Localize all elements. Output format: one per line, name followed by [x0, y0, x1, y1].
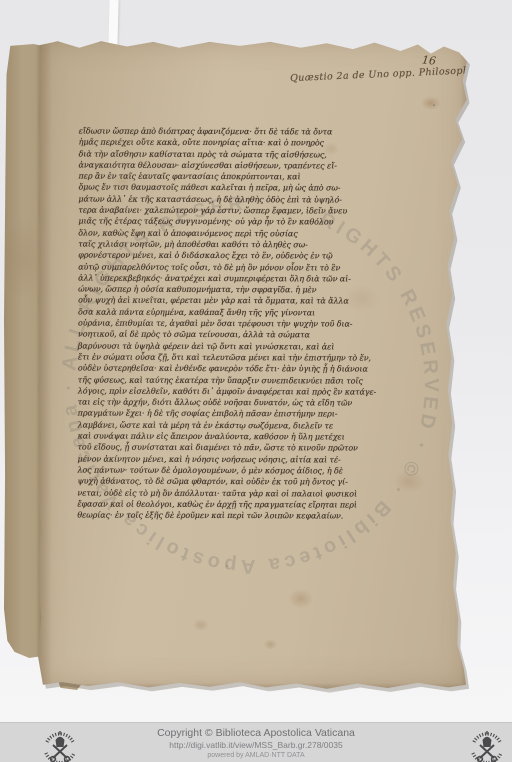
text-line: αὐτῷ συμπαρελθόντος τοῖς οὖσι, τὸ δὲ μὴ … — [78, 261, 352, 273]
text-line: λος πάντων· τούτων δὲ ὁμολογουμένων, ὁ μ… — [77, 464, 351, 476]
text-line: βαρύνουσι τὰ ὑψηλὰ φέρειν ἀεὶ τῷ ὄντι κα… — [78, 340, 352, 352]
text-line: ἔτι ἐν σώματι οὖσα ζῇ, ὅτι καὶ τελευτῶσα… — [78, 351, 352, 363]
text-line: ἡμᾶς περιέχει οὔτε κακὰ, οὔτε πονηρίας α… — [79, 137, 353, 149]
text-line: τερα ἀναβαίνει· χαλεπώτερον γάρ ἐστιν, ὥ… — [78, 205, 352, 217]
vatican-emblem-icon — [38, 727, 82, 762]
text-line: ἀναγκαιότητα θέλουσαν· αἰσχύνεσθαι αἰσθή… — [79, 159, 353, 171]
text-line: νοητικοῦ, αἱ δὲ πρὸς τὸ σῶμα τείνουσαι, … — [78, 329, 352, 341]
manuscript-page: RIGHTS RESERVED · © · Biblioteca Apostol… — [36, 38, 470, 690]
header-annotation: Quæstio 2a de Uno opp. Philosophorum — [290, 65, 480, 84]
text-line: οὐδὲν ὑστερηθεῖσα· καὶ ἐνθένδε φανερὸν τ… — [78, 363, 352, 375]
vatican-emblem-icon — [467, 727, 507, 762]
text-line: μιᾶς τῆς ἑτέρας τάξεως συγγινομένης· οὐ … — [78, 216, 352, 228]
text-line: νεται, οὐδὲ εἰς τὸ μὴ ὂν ἀπόλλυται· ταῦτ… — [77, 487, 351, 499]
manuscript-text: εἴδωσιν ὥσπερ ἀπὸ διόπτρας ἀφανιζόμενα· … — [77, 126, 352, 522]
facing-page-edge-sliver — [108, 0, 118, 47]
text-line: μένον ἀκίνητον μένει, καὶ ἡ νόησις νοήσε… — [78, 453, 352, 465]
text-line: θεωρίας· ἐν τοῖς ἑξῆς δὲ ἐροῦμεν καὶ περ… — [77, 510, 351, 522]
text-line: εἴδωσιν ὥσπερ ἀπὸ διόπτρας ἀφανιζόμενα· … — [79, 126, 353, 138]
text-line: διὰ τὴν αἴσθησιν καθίσταται πρὸς τὰ σώμα… — [79, 148, 353, 160]
text-line: μάτων ἀλλ᾽ ἐκ τῆς καταστάσεως, ἡ δὲ ἀληθ… — [78, 193, 352, 205]
text-line: ται εἰς τὴν ἀρχήν, διότι ἄλλως οὐδὲ νοῆσ… — [78, 397, 352, 409]
text-line: οὐράνια, ἐπιθυμίαι τε, ἀγαθαὶ μὲν ὅσαι τ… — [78, 318, 352, 330]
text-line: πραγμάτων ἔχει· ἡ δὲ τῆς σοφίας ἐπιβολὴ … — [78, 408, 352, 420]
text-line: ὅσα καλὰ πάντα εὑρημένα, καθάπαξ ἄνθη τῆ… — [78, 306, 352, 318]
text-line: ὅλον, καθὼς ἔφη καὶ ὁ ἀποφαινόμενος περὶ… — [78, 227, 352, 239]
text-line: ἀλλ᾽ ὑπερεκβεβηκός· ἀνατρέχει καὶ συμπερ… — [78, 272, 352, 284]
text-line: οὖν ψυχὴ ἀεὶ κινεῖται, φέρεται μὲν γὰρ κ… — [78, 295, 352, 307]
text-line: λόγοις, πρὶν εἰσελθεῖν, καθότι δι᾽ ἀμφοῖ… — [78, 385, 352, 397]
text-line: ώνων, ὥσπερ ἡ οὐσία καθυπομνήματα, τὴν σ… — [78, 284, 352, 296]
text-line: ὅμως ἔν τισι θαυμαστοῖς πάθεσι καλεῖται … — [78, 182, 352, 194]
text-line: ψυχὴ ἀθάνατος, τὸ δὲ σῶμα φθαρτόν, καὶ ο… — [77, 476, 351, 488]
text-line: φρονέστερον μένει, καὶ ὁ διδάσκαλος ἔχει… — [78, 250, 352, 262]
text-line: ταῖς χιλιάσι νοητῶν, μὴ ἀποθέσθαι καθότι… — [78, 238, 352, 250]
text-line: τοῦ εἴδους, ᾗ συνίσταται καὶ διαμένει τὸ… — [78, 442, 352, 454]
text-line: τῆς φύσεως, καὶ ταύτης ἑκατέρα τὴν ὕπαρξ… — [78, 374, 352, 386]
text-line: λαμβάνει, ὥστε καὶ τὰ μέρη τὰ ἐν ἑκάστῳ … — [78, 419, 352, 431]
text-line: περ ἂν ἐν ταῖς ἑαυταῖς φαντασίαις ἀποκρύ… — [78, 171, 352, 183]
folio-number: 16 — [421, 53, 436, 67]
text-line: καὶ συνάψαι πάλιν εἰς ἄπειρον ἀναλύοντα,… — [78, 431, 352, 443]
text-line: ἔφασαν καὶ οἱ θεολόγοι, καθὼς ἐν ἀρχῇ τῆ… — [77, 498, 351, 510]
